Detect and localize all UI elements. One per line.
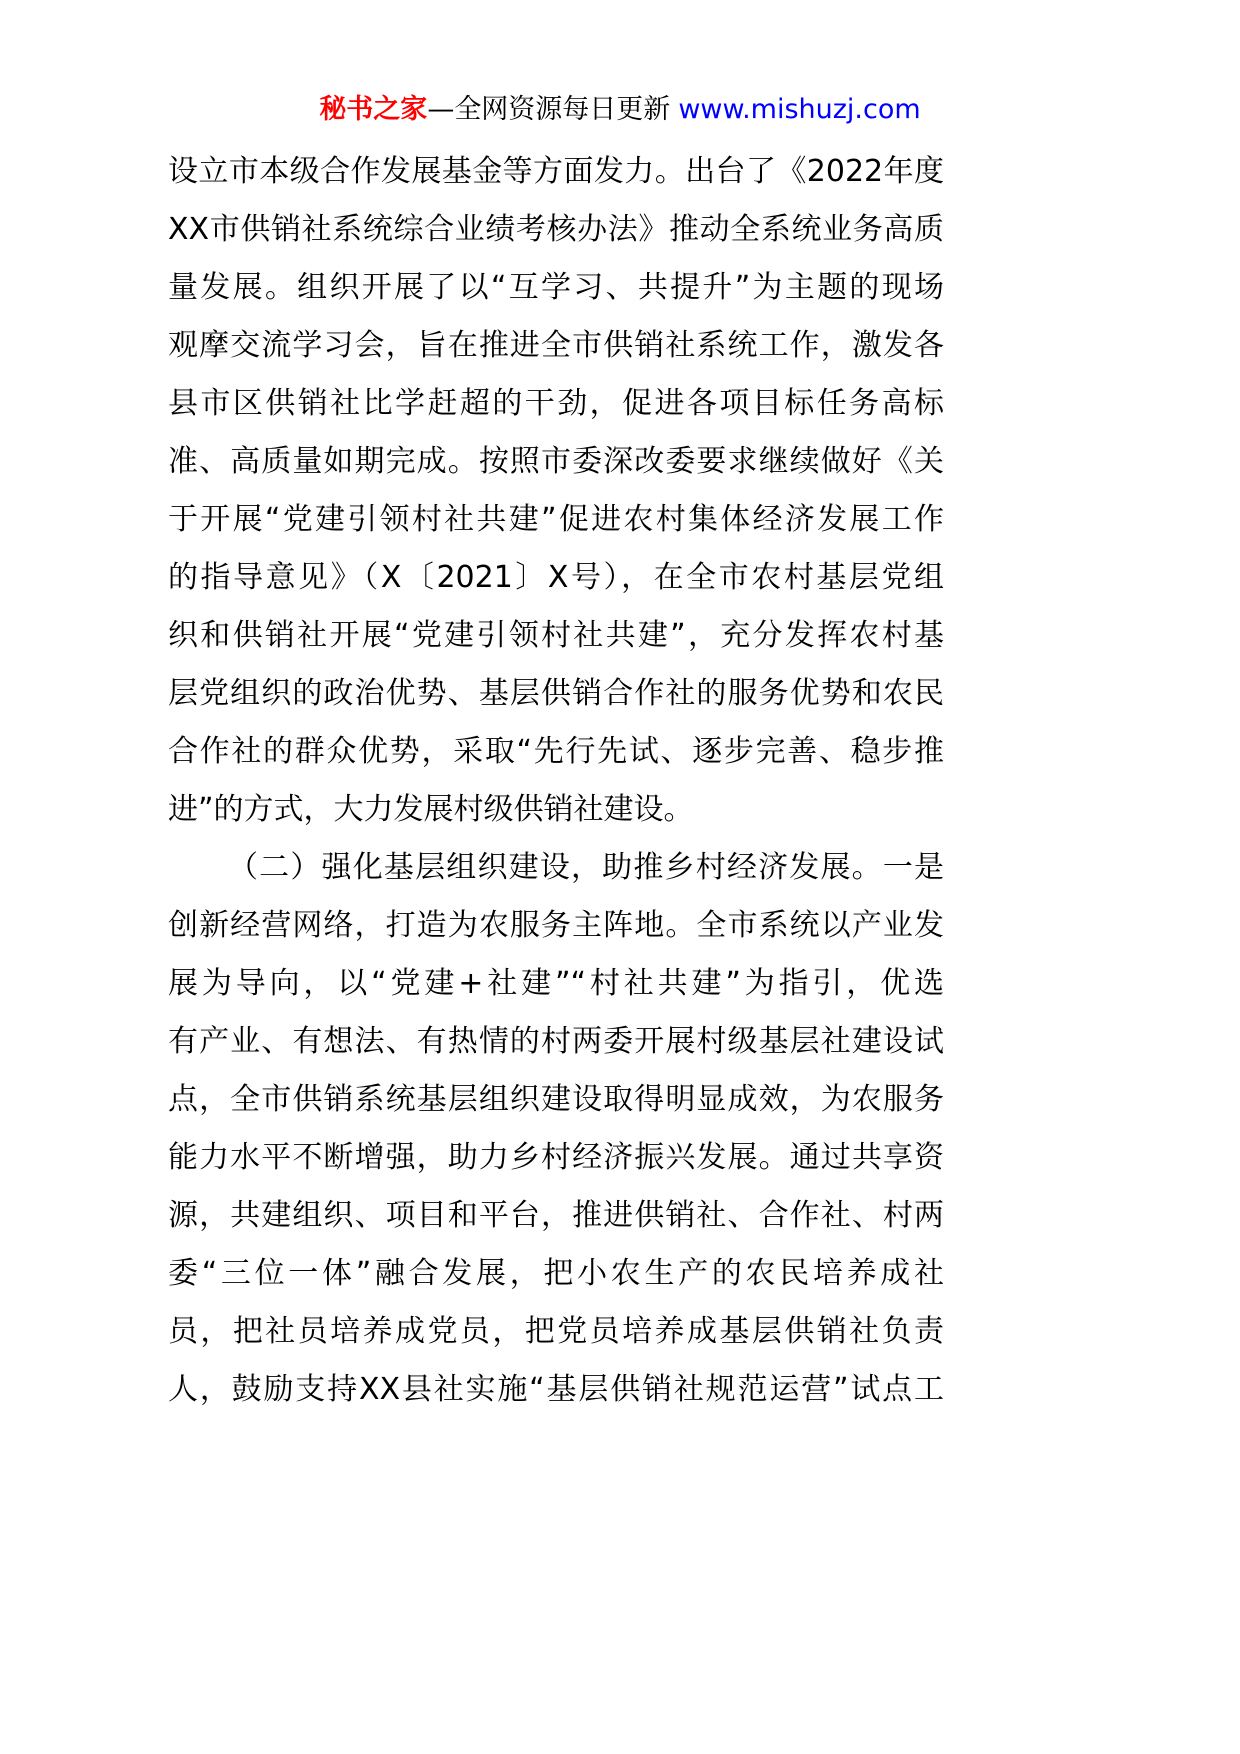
text-line: 县市区供销社比学赶超的干劲，促进各项目标任务高标: [168, 375, 944, 433]
document-body: 设立市本级合作发展基金等方面发力。出台了《2022年度 XX市供销社系统综合业绩…: [168, 143, 944, 1419]
text-line: 展为导向，以“党建+社建”“村社共建”为指引，优选: [168, 955, 944, 1013]
text-line: 于开展“党建引领村社共建”促进农村集体经济发展工作: [168, 491, 944, 549]
text-line: 进”的方式，大力发展村级供销社建设。: [168, 781, 944, 839]
text-line: 设立市本级合作发展基金等方面发力。出台了《2022年度: [168, 143, 944, 201]
text-line: 准、高质量如期完成。按照市委深改委要求继续做好《关: [168, 433, 944, 491]
text-line: 点，全市供销系统基层组织建设取得明显成效，为农服务: [168, 1071, 944, 1129]
text-line: 织和供销社开展“党建引领村社共建”，充分发挥农村基: [168, 607, 944, 665]
text-line: 委“三位一体”融合发展，把小农生产的农民培养成社: [168, 1245, 944, 1303]
website-link[interactable]: www.mishuzj.com: [678, 94, 920, 125]
text-line: 创新经营网络，打造为农服务主阵地。全市系统以产业发: [168, 897, 944, 955]
section-heading-line: （二）强化基层组织建设，助推乡村经济发展。一是: [168, 839, 944, 897]
text-line: XX市供销社系统综合业绩考核办法》推动全系统业务高质: [168, 201, 944, 259]
text-line: 源，共建组织、项目和平台，推进供销社、合作社、村两: [168, 1187, 944, 1245]
text-line: 层党组织的政治优势、基层供销合作社的服务优势和农民: [168, 665, 944, 723]
text-line: 合作社的群众优势，采取“先行先试、逐步完善、稳步推: [168, 723, 944, 781]
text-line: 观摩交流学习会，旨在推进全市供销社系统工作，激发各: [168, 317, 944, 375]
text-line: 有产业、有想法、有热情的村两委开展村级基层社建设试: [168, 1013, 944, 1071]
text-line: 的指导意见》（X〔2021〕X号），在全市农村基层党组: [168, 549, 944, 607]
brand-name: 秘书之家: [319, 94, 427, 125]
header-tagline: —全网资源每日更新: [427, 94, 670, 125]
text-line: 能力水平不断增强，助力乡村经济振兴发展。通过共享资: [168, 1129, 944, 1187]
watermark-header: 秘书之家—全网资源每日更新www.mishuzj.com: [0, 92, 1240, 128]
text-line: 量发展。组织开展了以“互学习、共提升”为主题的现场: [168, 259, 944, 317]
text-line: 人，鼓励支持XX县社实施“基层供销社规范运营”试点工: [168, 1361, 944, 1419]
text-line: 员，把社员培养成党员，把党员培养成基层供销社负责: [168, 1303, 944, 1361]
